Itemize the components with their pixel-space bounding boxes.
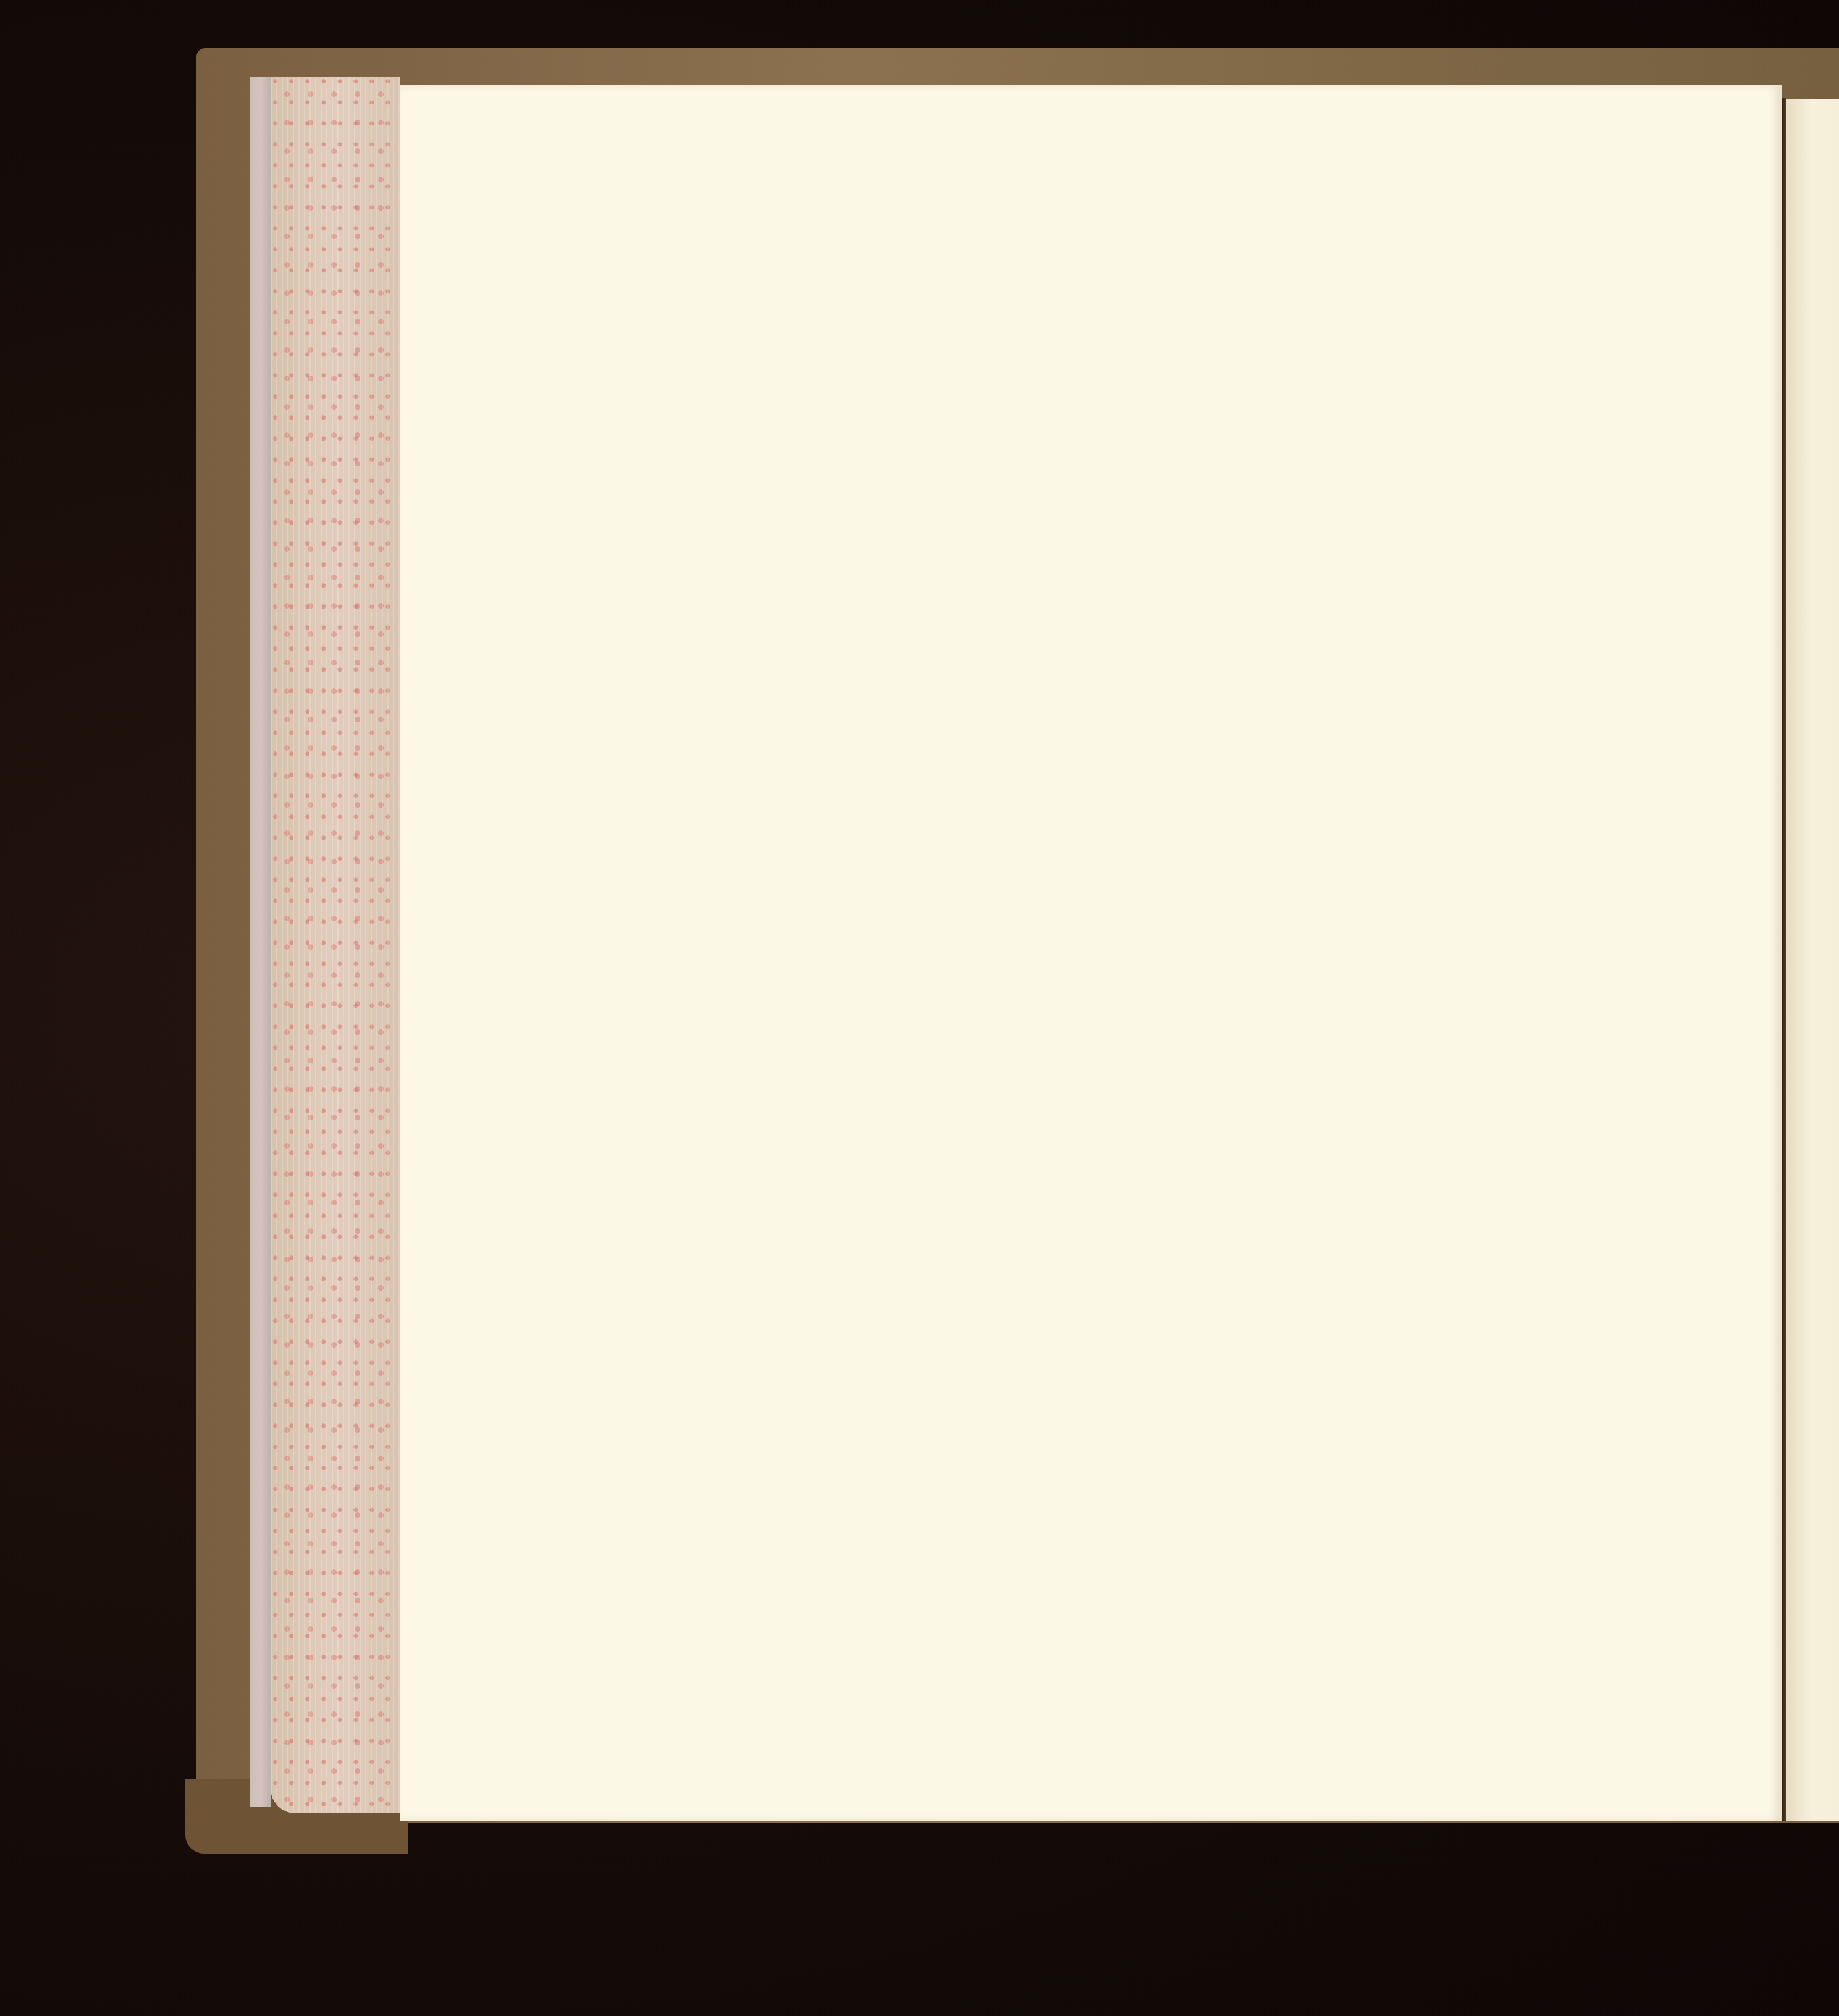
book-page (400, 85, 1782, 1821)
marbled-endpaper-edge (250, 77, 271, 1807)
book-gutter (1782, 98, 1786, 1821)
sprinkled-page-edges (271, 77, 400, 1813)
facing-page-edge (1786, 99, 1839, 1821)
